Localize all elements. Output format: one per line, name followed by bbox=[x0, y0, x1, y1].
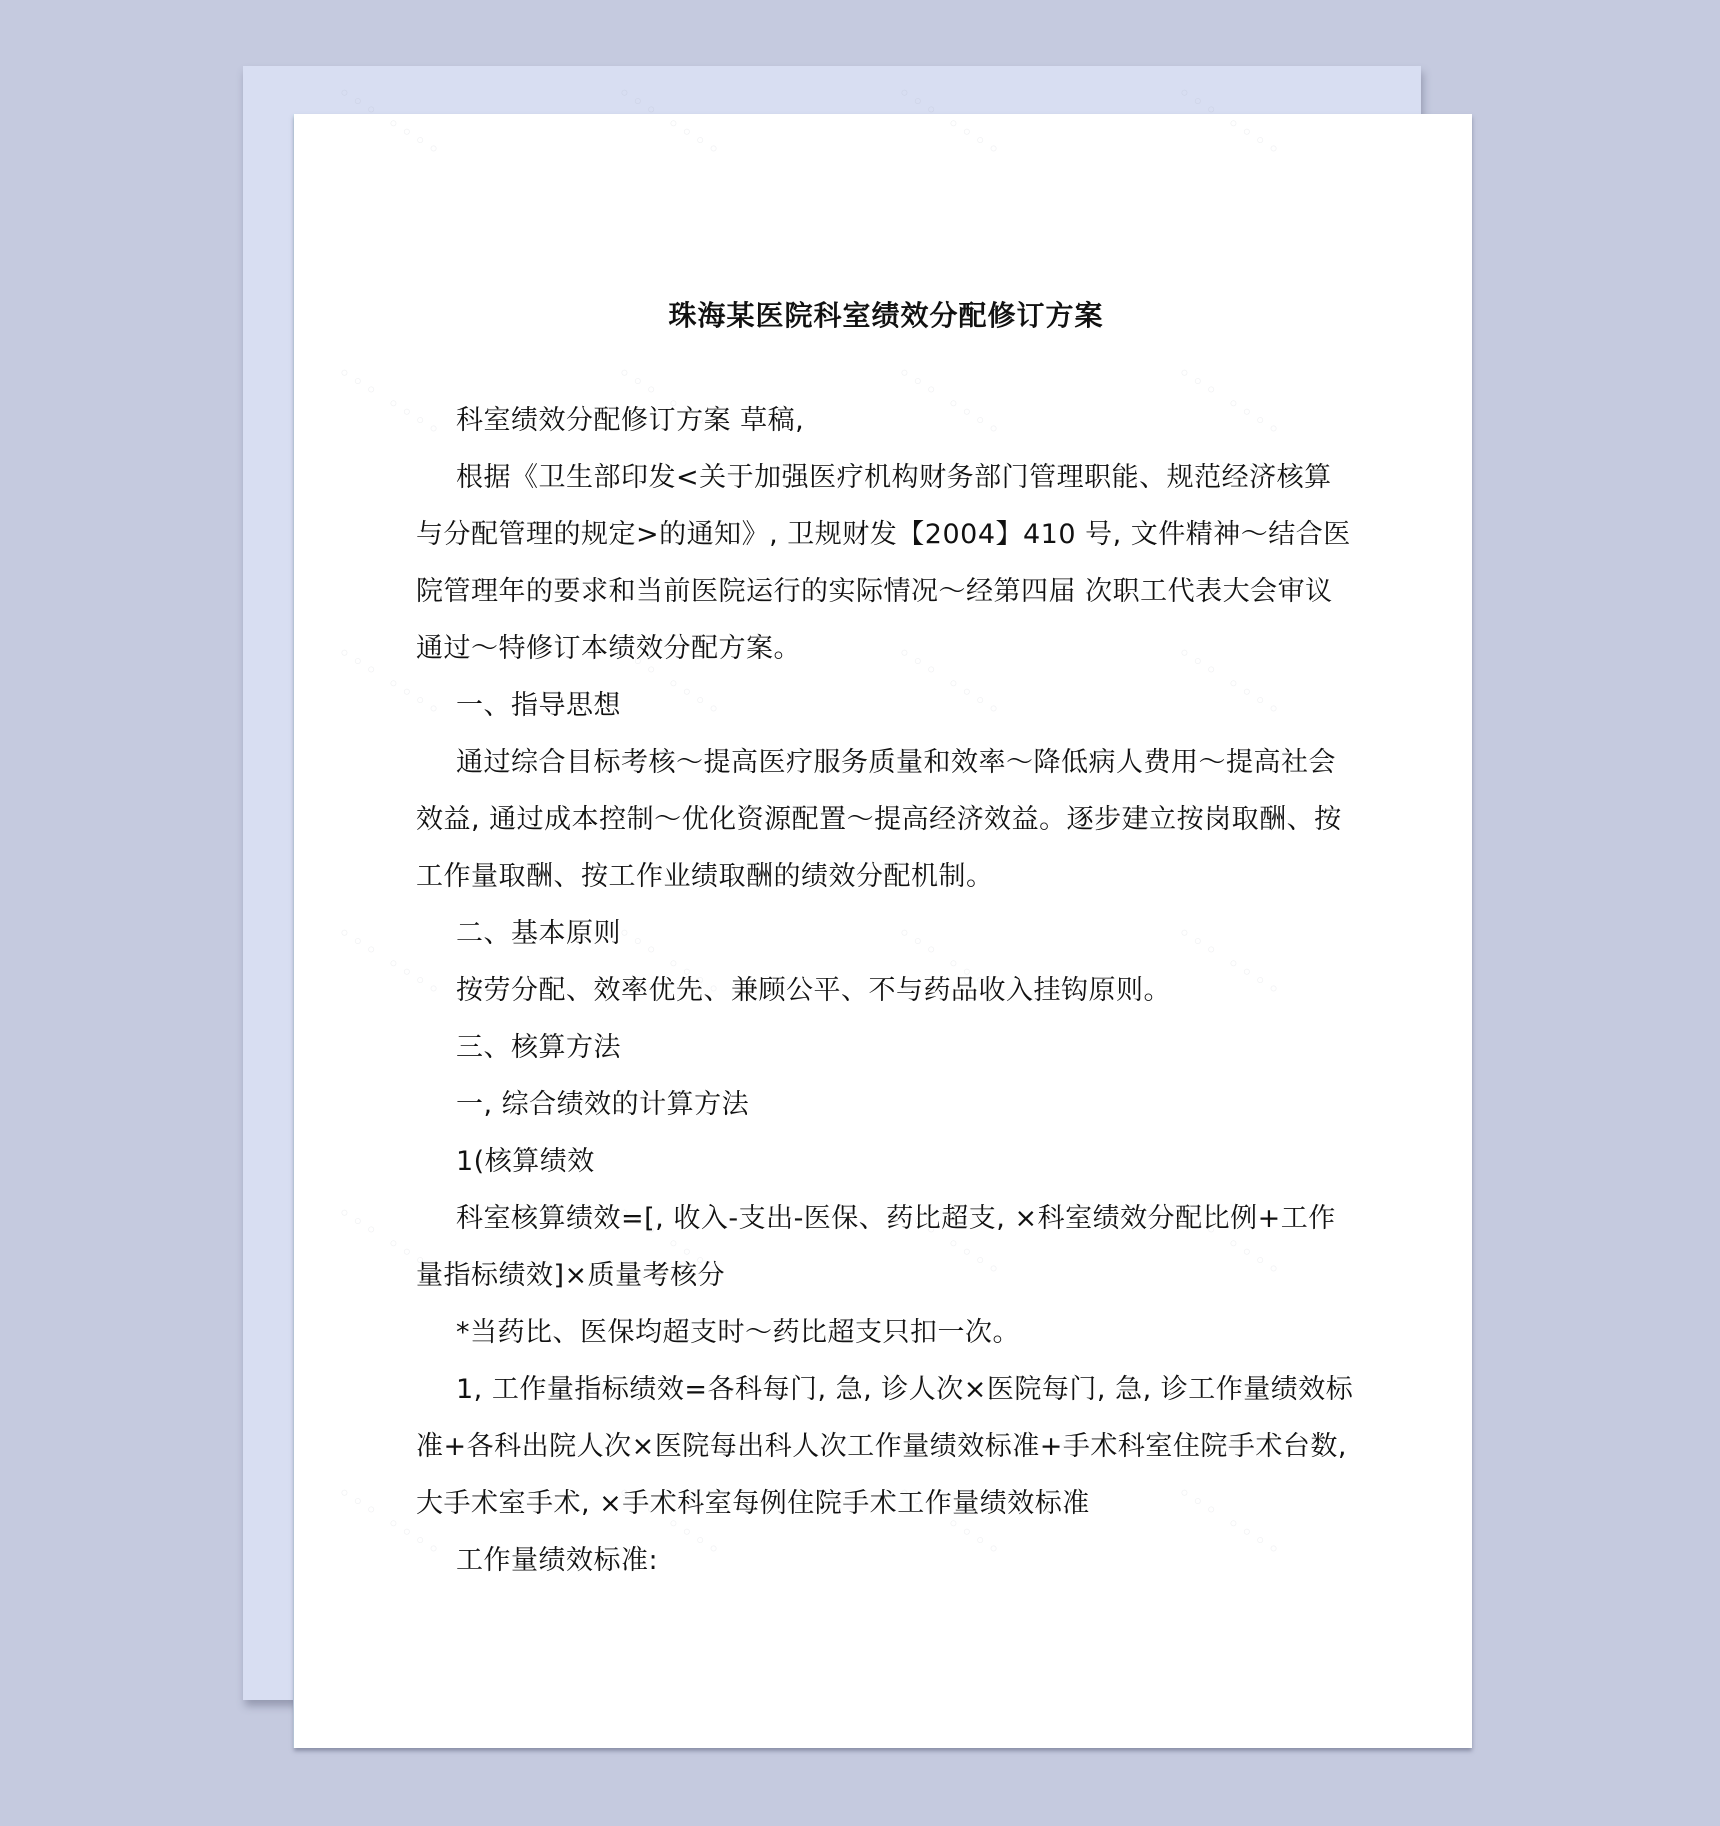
paragraph-workload-standard: 工作量绩效标准: bbox=[416, 1532, 1356, 1589]
paragraph-basis: 根据《卫生部印发<关于加强医疗机构财务部门管理职能、规范经济核算与分配管理的规定… bbox=[416, 449, 1356, 677]
heading-accounting-methods: 三、核算方法 bbox=[416, 1019, 1356, 1076]
heading-guiding-ideology: 一、指导思想 bbox=[416, 677, 1356, 734]
subheading-accounting-performance: 1(核算绩效 bbox=[416, 1133, 1356, 1190]
heading-basic-principles: 二、基本原则 bbox=[416, 905, 1356, 962]
paragraph-draft-note: 科室绩效分配修订方案 草稿, bbox=[416, 392, 1356, 449]
paragraph-basic-principles: 按劳分配、效率优先、兼顾公平、不与药品收入挂钩原则。 bbox=[416, 962, 1356, 1019]
paragraph-footnote: *当药比、医保均超支时～药比超支只扣一次。 bbox=[416, 1304, 1356, 1361]
document-body: 科室绩效分配修订方案 草稿, 根据《卫生部印发<关于加强医疗机构财务部门管理职能… bbox=[416, 392, 1356, 1589]
paragraph-workload-formula: 1, 工作量指标绩效=各科每门, 急, 诊人次×医院每门, 急, 诊工作量绩效标… bbox=[416, 1361, 1356, 1532]
document-title: 珠海某医院科室绩效分配修订方案 bbox=[416, 294, 1356, 334]
paragraph-guiding-ideology: 通过综合目标考核～提高医疗服务质量和效率～降低病人费用～提高社会效益, 通过成本… bbox=[416, 734, 1356, 905]
subheading-composite-performance: 一, 综合绩效的计算方法 bbox=[416, 1076, 1356, 1133]
paragraph-formula: 科室核算绩效=[, 收入-支出-医保、药比超支, ×科室绩效分配比例+工作量指标… bbox=[416, 1190, 1356, 1304]
